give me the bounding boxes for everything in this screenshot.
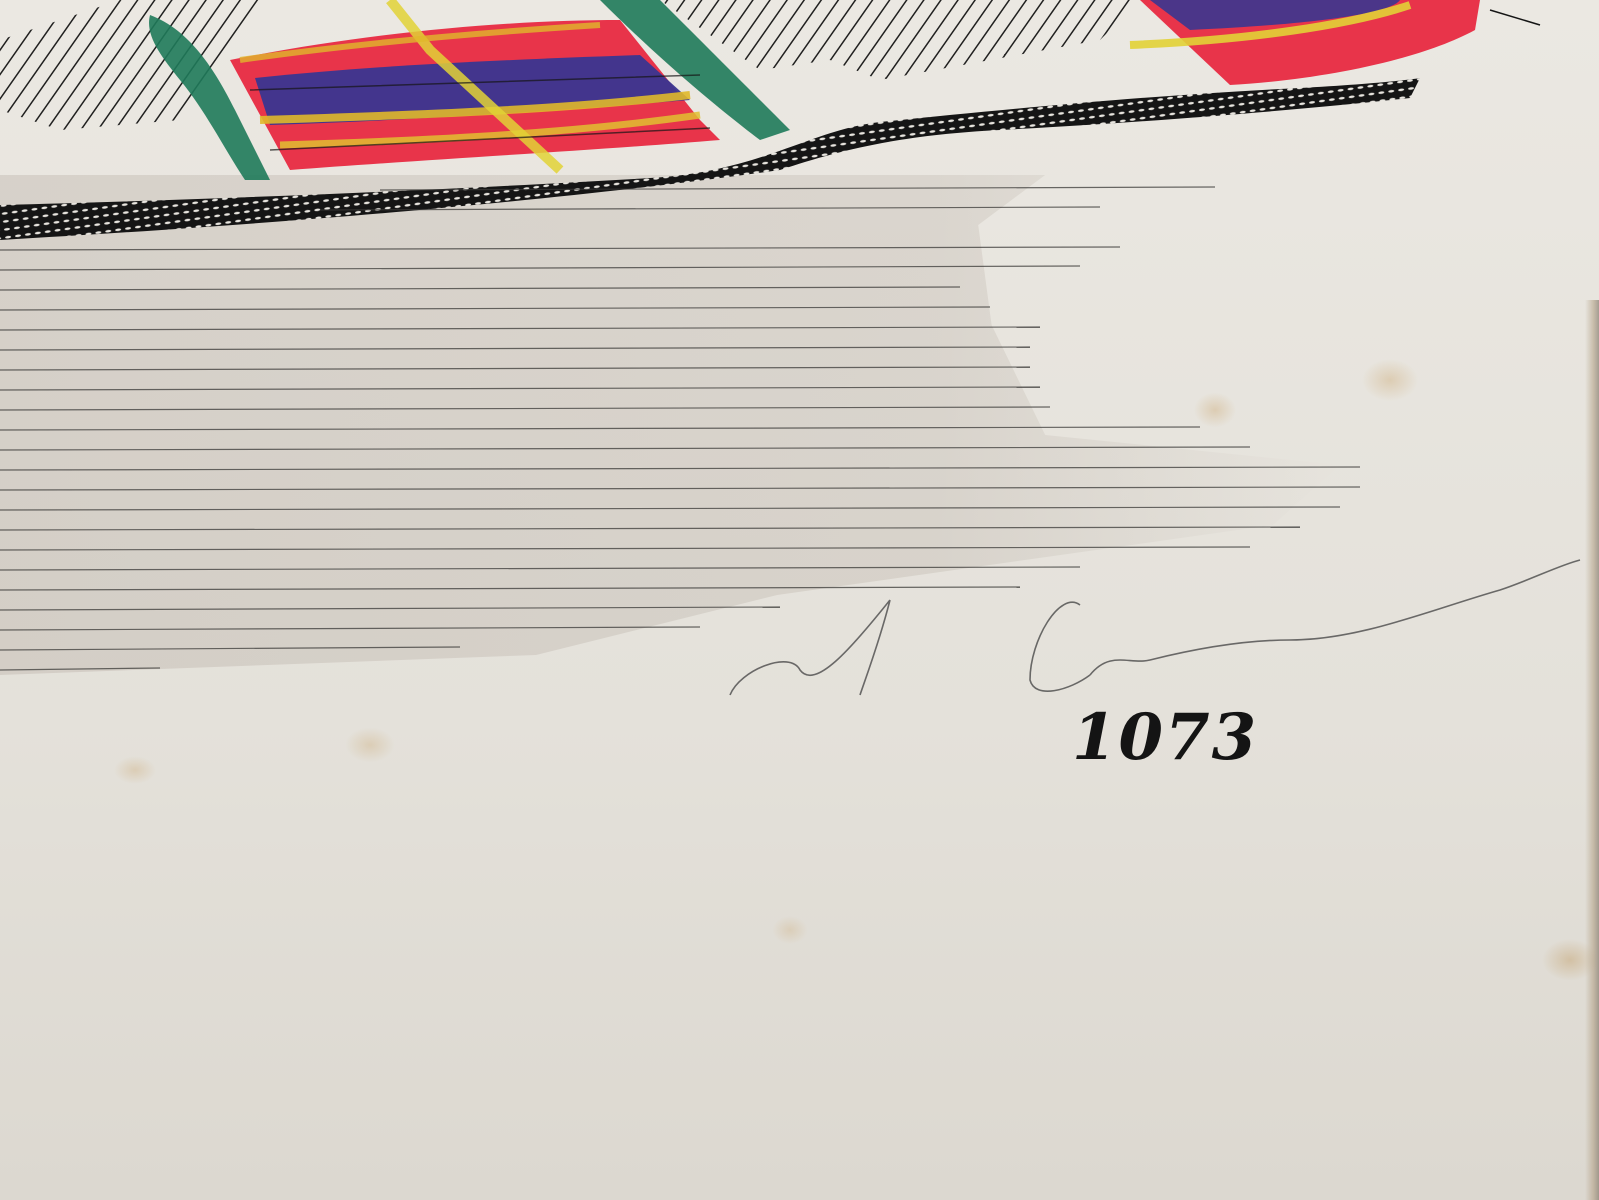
horizontal-engraving-lines — [0, 187, 1360, 670]
torn-paper-edge — [1585, 300, 1599, 1200]
engraving-illustration — [0, 0, 1599, 1200]
signature-strokes — [730, 560, 1580, 695]
right-striped-cloth — [1130, 0, 1540, 85]
plate-number: 1073 — [1072, 700, 1258, 775]
